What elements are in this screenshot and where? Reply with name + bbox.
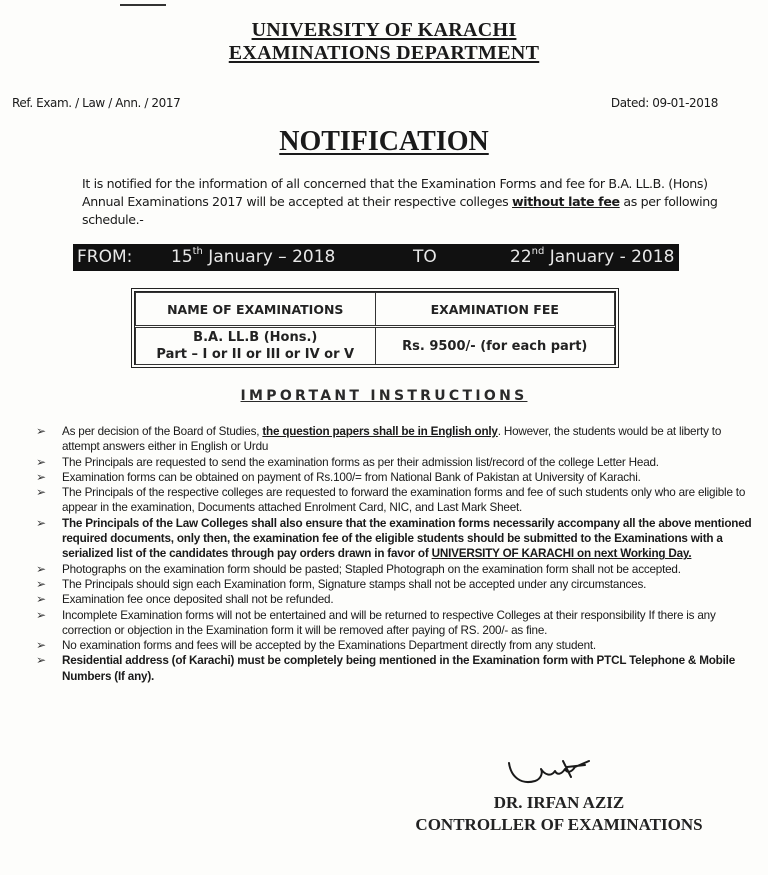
- arrow-bullet-icon: ➢: [36, 608, 46, 623]
- signatory-title: CONTROLLER OF EXAMINATIONS: [414, 815, 704, 835]
- arrow-bullet-icon: ➢: [36, 653, 46, 668]
- corner-stamp-mark: [120, 0, 166, 6]
- schedule-to-label: TO: [413, 244, 437, 271]
- notice-date: Dated: 09-01-2018: [611, 96, 718, 110]
- intro-emphasis: without late fee: [512, 194, 620, 209]
- list-item: ➢ Incomplete Examination forms will not …: [36, 608, 756, 639]
- header-exam-name: NAME OF EXAMINATIONS: [136, 293, 376, 327]
- schedule-banner: FROM: 15th January – 2018 TO 22nd Januar…: [73, 244, 679, 271]
- list-item: ➢ Photographs on the examination form sh…: [36, 562, 756, 577]
- table-row: B.A. LL.B (Hons.) Part – I or II or III …: [136, 327, 615, 365]
- reference-number: Ref. Exam. / Law / Ann. / 2017: [12, 96, 180, 110]
- header-exam-fee: EXAMINATION FEE: [375, 293, 615, 327]
- schedule-from-date: 15th January – 2018: [171, 244, 335, 271]
- instructions-list: ➢ As per decision of the Board of Studie…: [36, 424, 756, 684]
- arrow-bullet-icon: ➢: [36, 516, 46, 531]
- list-item: ➢ The Principals are requested to send t…: [36, 455, 756, 470]
- arrow-bullet-icon: ➢: [36, 485, 46, 500]
- arrow-bullet-icon: ➢: [36, 562, 46, 577]
- list-item: ➢ As per decision of the Board of Studie…: [36, 424, 756, 455]
- list-item: ➢ The Principals of the respective colle…: [36, 485, 756, 516]
- schedule-to-date: 22nd January - 2018: [510, 244, 674, 271]
- cell-exam-name: B.A. LL.B (Hons.) Part – I or II or III …: [136, 327, 376, 365]
- instructions-title: IMPORTANT INSTRUCTIONS: [0, 388, 768, 404]
- department-title: EXAMINATIONS DEPARTMENT: [0, 42, 768, 65]
- intro-paragraph: It is notified for the information of al…: [82, 175, 722, 229]
- signatory-name: DR. IRFAN AZIZ: [414, 793, 704, 813]
- list-item: ➢ Examination forms can be obtained on p…: [36, 470, 756, 485]
- list-item: ➢ The Principals of the Law Colleges sha…: [36, 516, 756, 562]
- arrow-bullet-icon: ➢: [36, 577, 46, 592]
- arrow-bullet-icon: ➢: [36, 592, 46, 607]
- arrow-bullet-icon: ➢: [36, 638, 46, 653]
- list-item: ➢ Examination fee once deposited shall n…: [36, 592, 756, 607]
- schedule-from-label: FROM:: [77, 244, 132, 271]
- arrow-bullet-icon: ➢: [36, 455, 46, 470]
- arrow-bullet-icon: ➢: [36, 470, 46, 485]
- signature-icon: [505, 755, 595, 791]
- university-title: UNIVERSITY OF KARACHI: [0, 19, 768, 42]
- table-header-row: NAME OF EXAMINATIONS EXAMINATION FEE: [136, 293, 615, 327]
- arrow-bullet-icon: ➢: [36, 424, 46, 439]
- notification-title: NOTIFICATION: [0, 126, 768, 158]
- list-item: ➢ The Principals should sign each Examin…: [36, 577, 756, 592]
- list-item: ➢ Residential address (of Karachi) must …: [36, 653, 756, 684]
- fee-table: NAME OF EXAMINATIONS EXAMINATION FEE B.A…: [131, 288, 619, 368]
- cell-exam-fee: Rs. 9500/- (for each part): [375, 327, 615, 365]
- list-item: ➢ No examination forms and fees will be …: [36, 638, 756, 653]
